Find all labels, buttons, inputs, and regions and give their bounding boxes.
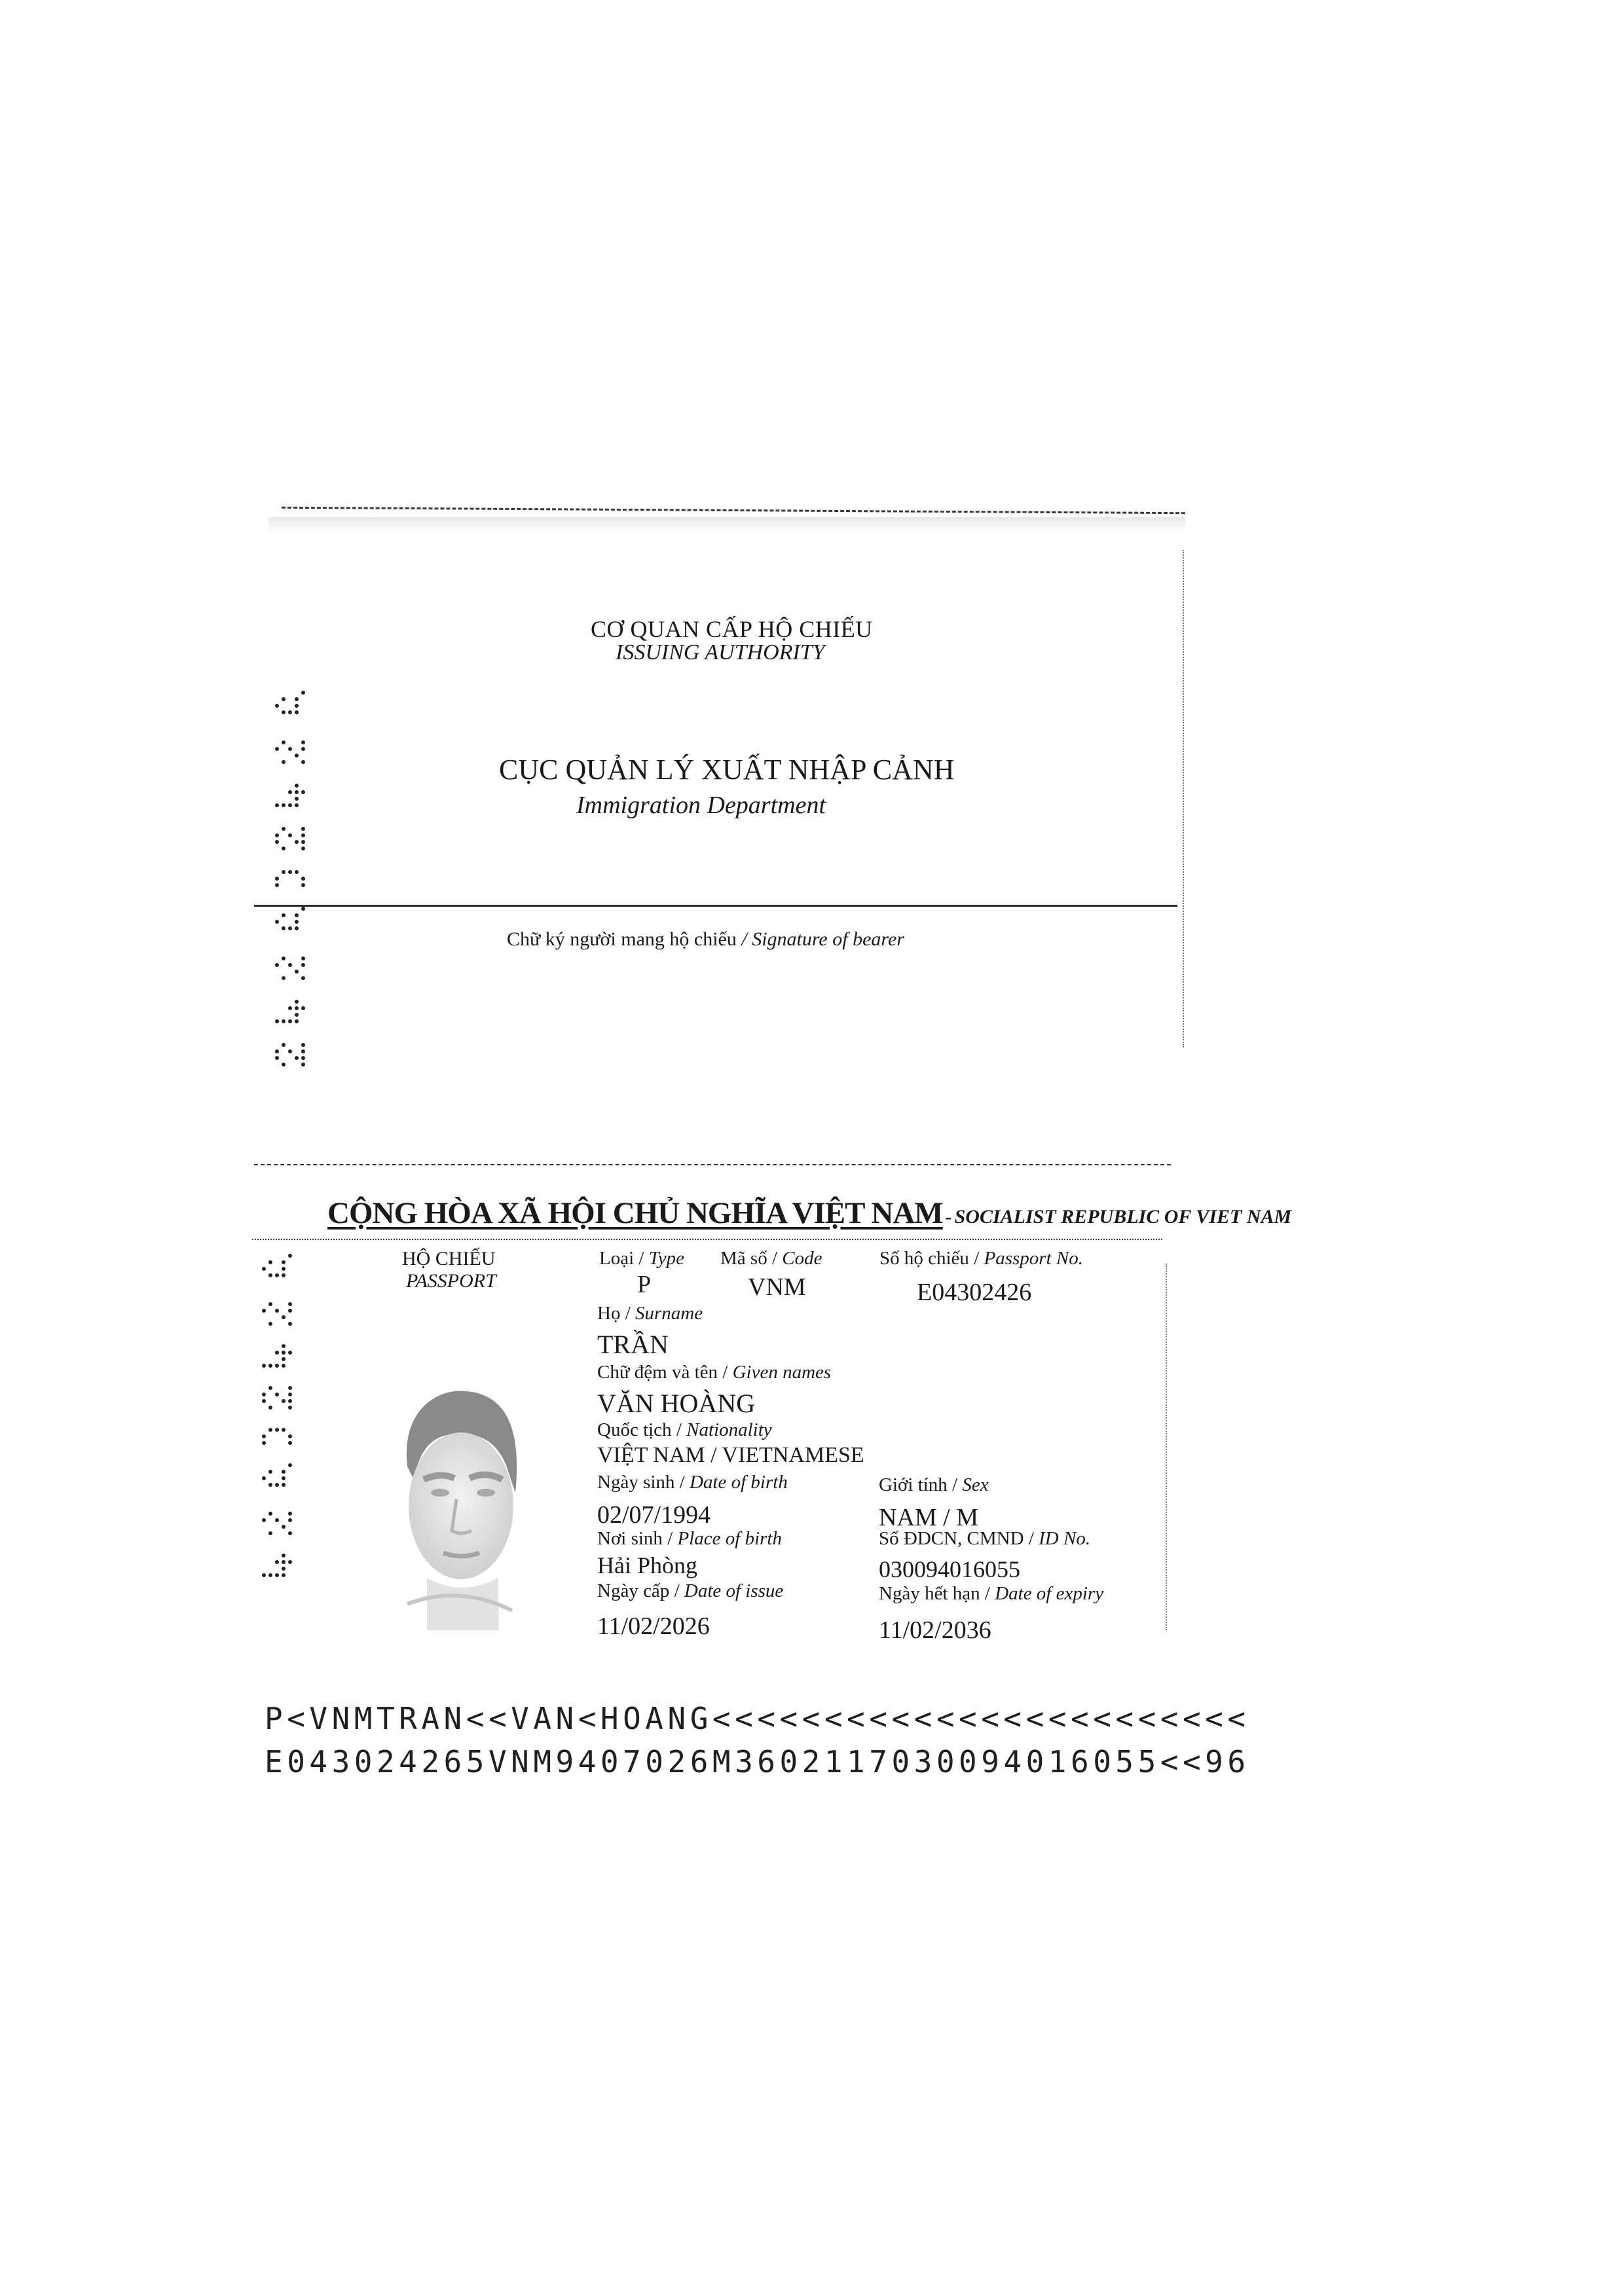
date-of-expiry-label: Ngày hết hạn / Date of expiry [879, 1583, 1103, 1605]
issuing-authority-label-vn: CƠ QUAN CẤP HỘ CHIẾU [591, 615, 873, 643]
top-page-edge [282, 507, 1185, 514]
passport-label-en: PASSPORT [406, 1270, 496, 1292]
mrz-line-1: P<VNMTRAN<<VAN<HOANG<<<<<<<<<<<<<<<<<<<<… [265, 1701, 1250, 1736]
signature-label-en: Signature of bearer [752, 928, 904, 950]
portrait-photo-icon [381, 1368, 538, 1643]
bearer-photo [381, 1368, 538, 1643]
date-of-birth-label: Ngày sinh / Date of birth [597, 1472, 788, 1493]
issuing-authority-name-en: Immigration Department [576, 791, 826, 820]
perforation-number-lower [262, 1260, 301, 1601]
right-page-edge-lower [1166, 1264, 1167, 1630]
date-of-expiry-value: 11/02/2036 [879, 1616, 991, 1645]
perforation-number-upper [275, 697, 314, 1090]
country-name-vn: CỘNG HÒA XÃ HỘI CHỦ NGHĨA VIỆT NAM [327, 1196, 943, 1230]
surname-value: TRẦN [597, 1329, 669, 1360]
given-names-label: Chữ đệm và tên / Given names [597, 1362, 831, 1383]
signature-separator: / [741, 928, 747, 950]
country-header: CỘNG HÒA XÃ HỘI CHỦ NGHĨA VIỆT NAM - SOC… [327, 1195, 1291, 1231]
nationality-value: VIỆT NAM / VIETNAMESE [597, 1443, 864, 1468]
header-rule [252, 1239, 1162, 1240]
issuing-authority-label-en: ISSUING AUTHORITY [616, 640, 825, 665]
passport-no-label: Số hộ chiếu / Passport No. [879, 1248, 1083, 1269]
id-no-value: 030094016055 [879, 1556, 1020, 1583]
surname-label: Họ / Surname [597, 1303, 703, 1324]
issuing-authority-name-vn: CỤC QUẢN LÝ XUẤT NHẬP CẢNH [499, 753, 954, 786]
code-value: VNM [748, 1273, 806, 1302]
type-value: P [637, 1270, 651, 1299]
place-of-birth-label: Nơi sinh / Place of birth [597, 1528, 782, 1550]
country-name-en: SOCIALIST REPUBLIC OF VIET NAM [955, 1206, 1292, 1228]
country-dash: - [946, 1206, 952, 1228]
sex-label: Giới tính / Sex [879, 1474, 989, 1496]
passport-label-vn: HỘ CHIẾU [402, 1248, 496, 1270]
mrz-line-2: E043024265VNM9407026M3602117030094016055… [265, 1744, 1250, 1779]
data-page-top-edge [254, 1164, 1171, 1165]
date-of-birth-value: 02/07/1994 [597, 1501, 710, 1529]
nationality-label: Quốc tịch / Nationality [597, 1419, 772, 1441]
top-page-shadow [268, 517, 1185, 532]
right-page-edge-upper [1183, 550, 1184, 1048]
signature-label: Chữ ký người mang hộ chiếu / Signature o… [507, 928, 904, 951]
code-label: Mã số / Code [720, 1248, 822, 1269]
date-of-issue-label: Ngày cấp / Date of issue [597, 1580, 783, 1602]
signature-area [511, 962, 1126, 1113]
signature-divider [254, 905, 1177, 907]
signature-label-vn: Chữ ký người mang hộ chiếu [507, 928, 737, 950]
passport-no-value: E04302426 [917, 1278, 1031, 1307]
id-no-label: Số ĐDCN, CMND / ID No. [879, 1528, 1090, 1550]
given-names-value: VĂN HOÀNG [597, 1388, 755, 1419]
type-label: Loại / Type [599, 1248, 684, 1269]
date-of-issue-value: 11/02/2026 [597, 1612, 710, 1641]
place-of-birth-value: Hải Phòng [597, 1552, 697, 1579]
